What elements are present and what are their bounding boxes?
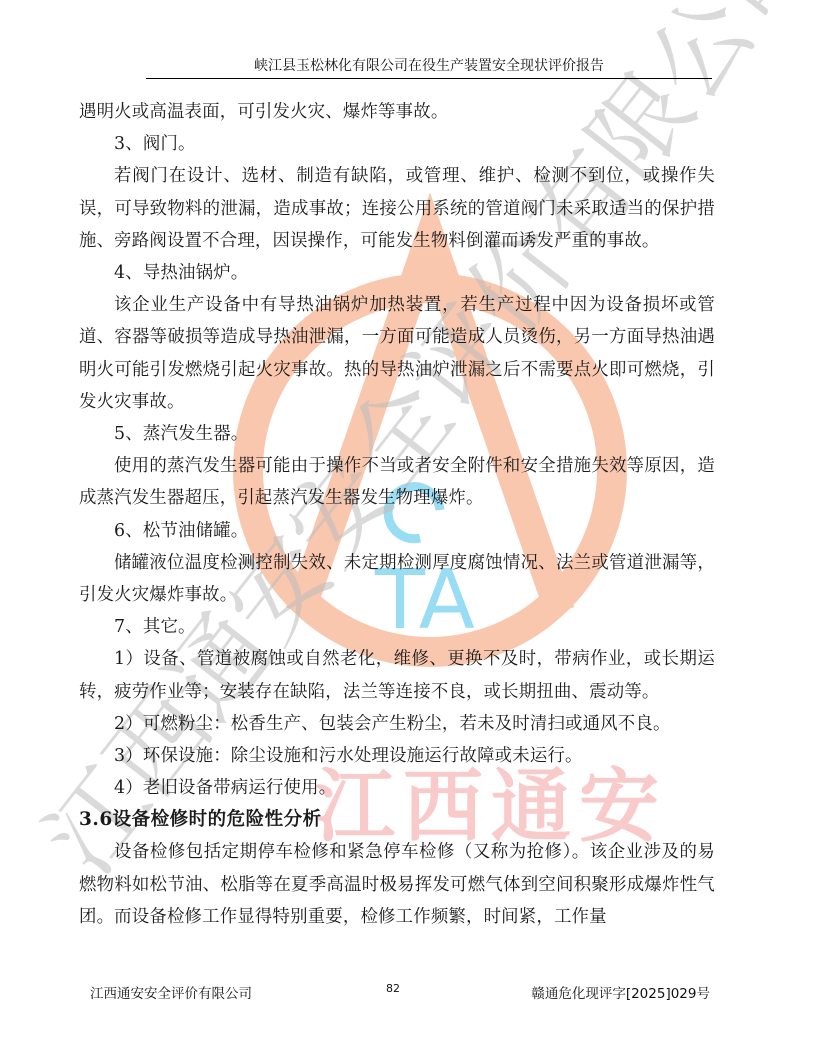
paragraph: 3）环保设施：除尘设施和污水处理设施运行故障或未运行。 [79, 740, 715, 772]
document-page: TA 江西通安 江西通安安全评价有限公司 峡江县玉松林化有限公司在役生产装置安全… [0, 0, 816, 1056]
footer-doc-number: 赣通危化现评字[2025]029号 [531, 982, 710, 1002]
page-header: 峡江县玉松林化有限公司在役生产装置安全现状评价报告 [146, 56, 712, 79]
paragraph: 2）可燃粉尘：松香生产、包装会产生粉尘，若未及时清扫或通风不良。 [79, 708, 715, 740]
paragraph: 4、导热油锅炉。 [79, 257, 715, 289]
paragraph: 1）设备、管道被腐蚀或自然老化，维修、更换不及时，带病作业，或长期运转，疲劳作业… [79, 643, 715, 707]
section-heading: 3.6设备检修时的危险性分析 [79, 804, 715, 836]
paragraph: 遇明火或高温表面，可引发火灾、爆炸等事故。 [79, 96, 715, 128]
paragraph: 4）老旧设备带病运行使用。 [79, 772, 715, 804]
paragraph: 该企业生产设备中有导热油锅炉加热装置，若生产过程中因为设备损坏或管道、容器等破损… [79, 289, 715, 418]
page-footer: 江西通安安全评价有限公司 82 赣通危化现评字[2025]029号 [90, 982, 710, 1002]
document-body: 遇明火或高温表面，可引发火灾、爆炸等事故。3、阀门。若阀门在设计、选材、制造有缺… [79, 96, 715, 933]
page-number: 82 [386, 982, 400, 995]
paragraph: 设备检修包括定期停车检修和紧急停车检修（又称为抢修）。该企业涉及的易燃物料如松节… [79, 836, 715, 933]
paragraph: 5、蒸汽发生器。 [79, 418, 715, 450]
paragraph: 使用的蒸汽发生器可能由于操作不当或者安全附件和安全措施失效等原因，造成蒸汽发生器… [79, 450, 715, 514]
footer-company: 江西通安安全评价有限公司 [90, 982, 252, 1002]
paragraph: 若阀门在设计、选材、制造有缺陷，或管理、维护、检测不到位，或操作失误，可导致物料… [79, 160, 715, 257]
paragraph: 3、阀门。 [79, 128, 715, 160]
paragraph: 6、松节油储罐。 [79, 515, 715, 547]
paragraph: 7、其它。 [79, 611, 715, 643]
paragraph: 储罐液位温度检测控制失效、未定期检测厚度腐蚀情况、法兰或管道泄漏等，引发火灾爆炸… [79, 547, 715, 611]
